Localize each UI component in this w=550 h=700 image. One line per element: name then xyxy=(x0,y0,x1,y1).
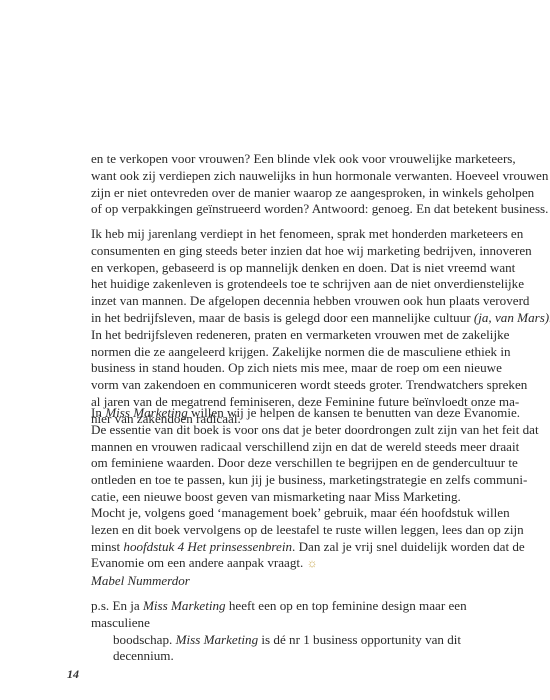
text-line: inzet van mannen. De afgelopen decennia … xyxy=(91,293,466,310)
text-line: mannen en vrouwen radicaal verschillend … xyxy=(91,439,466,456)
text-line: In het bedrijfsleven redeneren, praten e… xyxy=(91,327,466,344)
paragraph-2: Ik heb mij jarenlang verdiept in het fen… xyxy=(91,226,466,428)
text-line: lezen en dit boek vervolgens op de leest… xyxy=(91,522,466,539)
paragraph-1: en te verkopen voor vrouwen? Een blinde … xyxy=(91,151,466,218)
text-line: normen die ze aangeleerd krijgen. Zakeli… xyxy=(91,344,466,361)
text-line: in het bedrijfsleven, maar de basis is g… xyxy=(91,310,466,327)
chapter-reference: hoofdstuk 4 Het prinsessenbrein xyxy=(123,539,292,554)
paragraph-3: In Miss Marketing willen wij je helpen d… xyxy=(91,405,466,506)
text-line: en te verkopen voor vrouwen? Een blinde … xyxy=(91,151,466,168)
book-title: Miss Marketing xyxy=(105,405,188,420)
text-line: In Miss Marketing willen wij je helpen d… xyxy=(91,405,466,422)
text-line: en verkopen, gebaseerd is op mannelijk d… xyxy=(91,260,466,277)
postscript: p.s. En ja Miss Marketing heeft een op e… xyxy=(91,598,471,665)
text-line: vorm van zakendoen en communiceren wordt… xyxy=(91,377,466,394)
text-line: zijn er niet ontevreden over de manier w… xyxy=(91,185,466,202)
text-line: catie, een nieuwe boost geven van mismar… xyxy=(91,489,466,506)
text-line: want ook zij verdiepen zich nauwelijks i… xyxy=(91,168,466,185)
text-line: of op verpakkingen geïnstrueerd worden? … xyxy=(91,201,466,218)
book-title: Miss Marketing xyxy=(176,632,259,647)
signature: Mabel Nummerdor xyxy=(91,573,190,589)
text-line: Evanomie om een andere aanpak vraagt. ☼ xyxy=(91,555,466,572)
text-line: Ik heb mij jarenlang verdiept in het fen… xyxy=(91,226,466,243)
text-line: minst hoofdstuk 4 Het prinsessenbrein. D… xyxy=(91,539,466,556)
paragraph-4: Mocht je, volgens goed ‘management boek’… xyxy=(91,505,466,572)
text-line: Mocht je, volgens goed ‘management boek’… xyxy=(91,505,466,522)
text-line: het huidige zakenleven is grotendeels to… xyxy=(91,276,466,293)
italic-aside: (ja, van Mars). xyxy=(474,310,550,325)
end-mark-icon: ☼ xyxy=(307,556,318,570)
text-line: ontleden en toe te passen, kun jij je bu… xyxy=(91,472,466,489)
book-title: Miss Marketing xyxy=(143,598,226,613)
text-line: business in stand houden. Op zich niets … xyxy=(91,360,466,377)
book-page: en te verkopen voor vrouwen? Een blinde … xyxy=(0,0,550,700)
text-line: consumenten en ging steeds beter inzien … xyxy=(91,243,466,260)
text-line: De essentie van dit boek is voor ons dat… xyxy=(91,422,466,439)
page-number: 14 xyxy=(67,667,79,682)
text-line: om feminiene waarden. Door deze verschil… xyxy=(91,455,466,472)
